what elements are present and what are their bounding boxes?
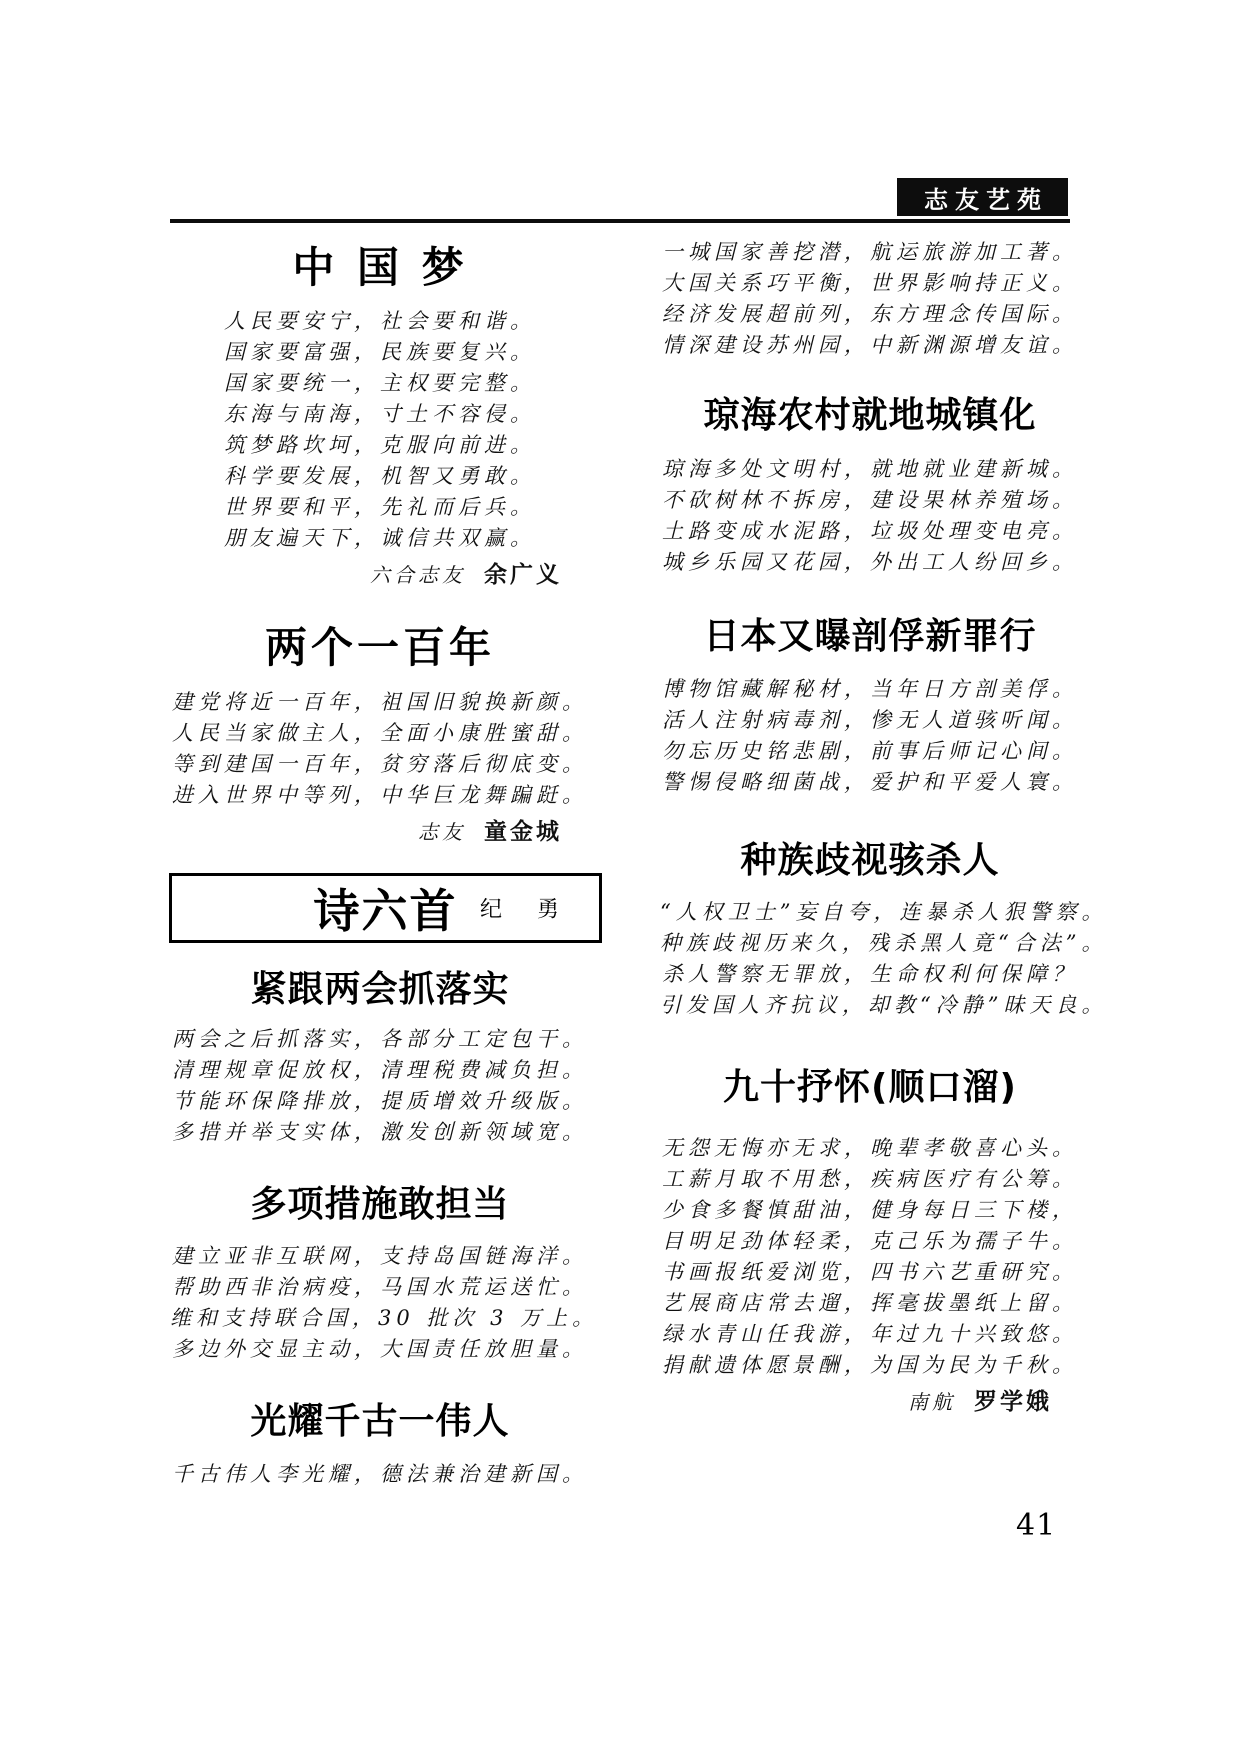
poem-line: 千古伟人李光耀，德法兼治建新国。 — [170, 1459, 590, 1490]
poem-body: 建党将近一百年，祖国旧貌换新颜。 人民当家做主人，全面小康胜蜜甜。 等到建国一百… — [170, 687, 590, 811]
poem-line: 东海与南海，寸土不容侵。 — [170, 399, 590, 430]
poem-title-ninety: 九十抒怀(顺口溜) — [660, 1067, 1080, 1108]
poem-line: 经济发展超前列，东方理念传国际。 — [660, 299, 1080, 330]
poem-line: 大国关系巧平衡，世界影响持正义。 — [660, 268, 1080, 299]
poem-title-japan-crimes: 日本又曝剖俘新罪行 — [660, 616, 1080, 657]
poem-line: 艺展商店常去遛，挥毫拔墨纸上留。 — [660, 1288, 1080, 1319]
poem-line: 书画报纸爱浏览，四书六艺重研究。 — [660, 1257, 1080, 1288]
poem-body: “人权卫士”妄自夸，连暴杀人狠警察。 种族歧视历来久，残杀黑人竟“合法”。 杀人… — [660, 897, 1080, 1021]
poem-line: “人权卫士”妄自夸，连暴杀人狠警察。 — [660, 897, 1080, 928]
poem-group-box: 诗六首 纪 勇 — [169, 873, 602, 943]
poem-line: 等到建国一百年，贫穷落后彻底变。 — [170, 749, 590, 780]
poem-line: 博物馆藏解秘材，当年日方剖美俘。 — [660, 674, 1080, 705]
poem-line: 警惕侵略细菌战，爱护和平爱人寰。 — [660, 767, 1080, 798]
attribution-author: 童金城 — [484, 818, 562, 845]
poem-line: 工薪月取不用愁，疾病医疗有公筹。 — [660, 1164, 1080, 1195]
attribution-author: 罗学娥 — [974, 1388, 1052, 1415]
poem-title-two-sessions: 紧跟两会抓落实 — [170, 969, 590, 1010]
poem-group-title: 诗六首 — [314, 875, 458, 941]
poem-line: 国家要统一，主权要完整。 — [170, 368, 590, 399]
poem-title-great-man: 光耀千古一伟人 — [170, 1401, 590, 1442]
header-rule — [170, 219, 1070, 223]
poem-title-racial-discrimination: 种族歧视骇杀人 — [660, 840, 1080, 881]
poem-line: 清理规章促放权，清理税费减负担。 — [170, 1055, 590, 1086]
poem-attribution: 六合志友余广义 — [170, 560, 590, 590]
section-header-badge: 志友艺苑 — [897, 178, 1068, 216]
poem-line: 目明足劲体轻柔，克己乐为孺子牛。 — [660, 1226, 1080, 1257]
attribution-group: 六合志友 — [370, 563, 466, 587]
poem-body: 两会之后抓落实，各部分工定包干。 清理规章促放权，清理税费减负担。 节能环保降排… — [170, 1024, 590, 1148]
poem-body: 人民要安宁，社会要和谐。 国家要富强，民族要复兴。 国家要统一，主权要完整。 东… — [170, 306, 590, 554]
poem-line: 多边外交显主动，大国责任放胆量。 — [170, 1334, 590, 1365]
right-column: 一城国家善挖潜，航运旅游加工著。 大国关系巧平衡，世界影响持正义。 经济发展超前… — [660, 225, 1080, 1417]
poem-line: 建党将近一百年，祖国旧貌换新颜。 — [170, 687, 590, 718]
poem-body: 琼海多处文明村，就地就业建新城。 不砍树林不拆房，建设果林养殖场。 土路变成水泥… — [660, 454, 1080, 578]
attribution-group: 南航 — [908, 1390, 956, 1414]
poem-line: 琼海多处文明村，就地就业建新城。 — [660, 454, 1080, 485]
poem-line: 绿水青山任我游，年过九十兴致悠。 — [660, 1319, 1080, 1350]
poem-line: 不砍树林不拆房，建设果林养殖场。 — [660, 485, 1080, 516]
poem-body: 无怨无悔亦无求，晚辈孝敬喜心头。 工薪月取不用愁，疾病医疗有公筹。 少食多餐慎甜… — [660, 1133, 1080, 1381]
attribution-group: 志友 — [418, 820, 466, 844]
poem-line: 城乡乐园又花园，外出工人纷回乡。 — [660, 547, 1080, 578]
poem-line: 人民当家做主人，全面小康胜蜜甜。 — [170, 718, 590, 749]
poem-line: 国家要富强，民族要复兴。 — [170, 337, 590, 368]
poem-line: 科学要发展，机智又勇敢。 — [170, 461, 590, 492]
poem-line: 种族歧视历来久，残杀黑人竟“合法”。 — [660, 928, 1080, 959]
poem-line: 建立亚非互联网，支持岛国链海洋。 — [170, 1241, 590, 1272]
poem-line: 帮助西非治病疫，马国水荒运送忙。 — [170, 1272, 590, 1303]
poem-line: 捐献遗体愿景酬，为国为民为千秋。 — [660, 1350, 1080, 1381]
poem-body: 千古伟人李光耀，德法兼治建新国。 — [170, 1459, 590, 1490]
poem-line: 朋友遍天下，诚信共双赢。 — [170, 523, 590, 554]
section-header-label: 志友艺苑 — [917, 180, 1048, 215]
poem-line: 人民要安宁，社会要和谐。 — [170, 306, 590, 337]
poem-line: 维和支持联合国，30 批次 3 万上。 — [170, 1303, 590, 1334]
poem-line: 两会之后抓落实，各部分工定包干。 — [170, 1024, 590, 1055]
poem-line: 活人注射病毒剂，惨无人道骇听闻。 — [660, 705, 1080, 736]
poem-body: 博物馆藏解秘材，当年日方剖美俘。 活人注射病毒剂，惨无人道骇听闻。 勿忘历史铭悲… — [660, 674, 1080, 798]
poem-line: 少食多餐慎甜油，健身每日三下楼， — [660, 1195, 1080, 1226]
poem-title-qionghai: 琼海农村就地城镇化 — [660, 395, 1080, 436]
poem-line: 筑梦路坎坷，克服向前进。 — [170, 430, 590, 461]
poem-attribution: 南航罗学娥 — [660, 1387, 1080, 1417]
left-column: 中 国 梦 人民要安宁，社会要和谐。 国家要富强，民族要复兴。 国家要统一，主权… — [170, 232, 590, 1490]
poem-line: 杀人警察无罪放，生命权利何保障？ — [660, 959, 1080, 990]
poem-line: 无怨无悔亦无求，晚辈孝敬喜心头。 — [660, 1133, 1080, 1164]
poem-line: 世界要和平，先礼而后兵。 — [170, 492, 590, 523]
poem-line: 情深建设苏州园，中新渊源增友谊。 — [660, 330, 1080, 361]
poem-line: 土路变成水泥路，垃圾处理变电亮。 — [660, 516, 1080, 547]
poem-line: 多措并举支实体，激发创新领域宽。 — [170, 1117, 590, 1148]
poem-title-two-centenaries: 两个一百年 — [170, 624, 590, 672]
poem-body-continuation: 一城国家善挖潜，航运旅游加工著。 大国关系巧平衡，世界影响持正义。 经济发展超前… — [660, 237, 1080, 361]
poem-title-measures: 多项措施敢担当 — [170, 1184, 590, 1225]
poem-body: 建立亚非互联网，支持岛国链海洋。 帮助西非治病疫，马国水荒运送忙。 维和支持联合… — [170, 1241, 590, 1365]
poem-line: 引发国人齐抗议，却教“冷静”昧天良。 — [660, 990, 1080, 1021]
poem-group-author: 纪 勇 — [480, 892, 573, 923]
poem-attribution: 志友童金城 — [170, 817, 590, 847]
attribution-author: 余广义 — [484, 561, 562, 588]
poem-line: 勿忘历史铭悲剧，前事后师记心间。 — [660, 736, 1080, 767]
poem-line: 一城国家善挖潜，航运旅游加工著。 — [660, 237, 1080, 268]
poem-title-china-dream: 中 国 梦 — [170, 244, 590, 292]
page-number: 41 — [1016, 1508, 1056, 1543]
poem-line: 节能环保降排放，提质增效升级版。 — [170, 1086, 590, 1117]
poem-line: 进入世界中等列，中华巨龙舞蹁跹。 — [170, 780, 590, 811]
magazine-page: 志友艺苑 中 国 梦 人民要安宁，社会要和谐。 国家要富强，民族要复兴。 国家要… — [0, 0, 1240, 1754]
